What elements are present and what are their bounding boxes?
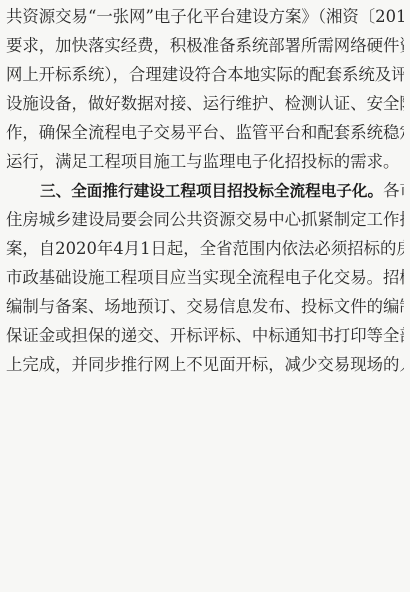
text-line: 保证金或担保的递交、开标评标、中标通知书打印等全部通过网 [6,321,404,350]
section-heading-3: 三、全面推行建设工程项目招投标全流程电子化。 [40,182,383,200]
text-line: 运行，满足工程项目施工与监理电子化招投标的需求。 [6,147,404,176]
text-line: 网上开标系统），合理建设符合本地实际的配套系统及评标场所 [6,60,404,89]
document-page: 共资源交易“一张网”电子化平台建设方案》（湘资〔2019〕37号） 要求，加快落… [0,0,410,592]
text-line: 市政基础设施工程项目应当实现全流程电子化交易。招标文件的 [6,263,404,292]
text-line: 共资源交易“一张网”电子化平台建设方案》（湘资〔2019〕37号） [6,2,404,31]
text-line: 编制与备案、场地预订、交易信息发布、投标文件的编制、投标 [6,292,404,321]
text-line: 上完成，并同步推行网上不见面开标，减少交易现场的人员聚 [6,350,404,379]
text-line: 设施设备，做好数据对接、运行维护、检测认证、安全防护等工 [6,89,404,118]
section-heading-line: 三、全面推行建设工程项目招投标全流程电子化。各市州 [6,176,404,205]
text-line: 要求，加快落实经费，积极准备系统部署所需网络硬件资源（含 [6,31,404,60]
text-line: 住房城乡建设局要会同公共资源交易中心抓紧制定工作推进方 [6,205,404,234]
text-run: 各市州 [383,181,404,200]
text-line: 案，自2020年4月1日起，全省范围内依法必须招标的房屋建筑和 [6,234,404,263]
text-line: 作，确保全流程电子交易平台、监管平台和配套系统稳定、安全 [6,118,404,147]
